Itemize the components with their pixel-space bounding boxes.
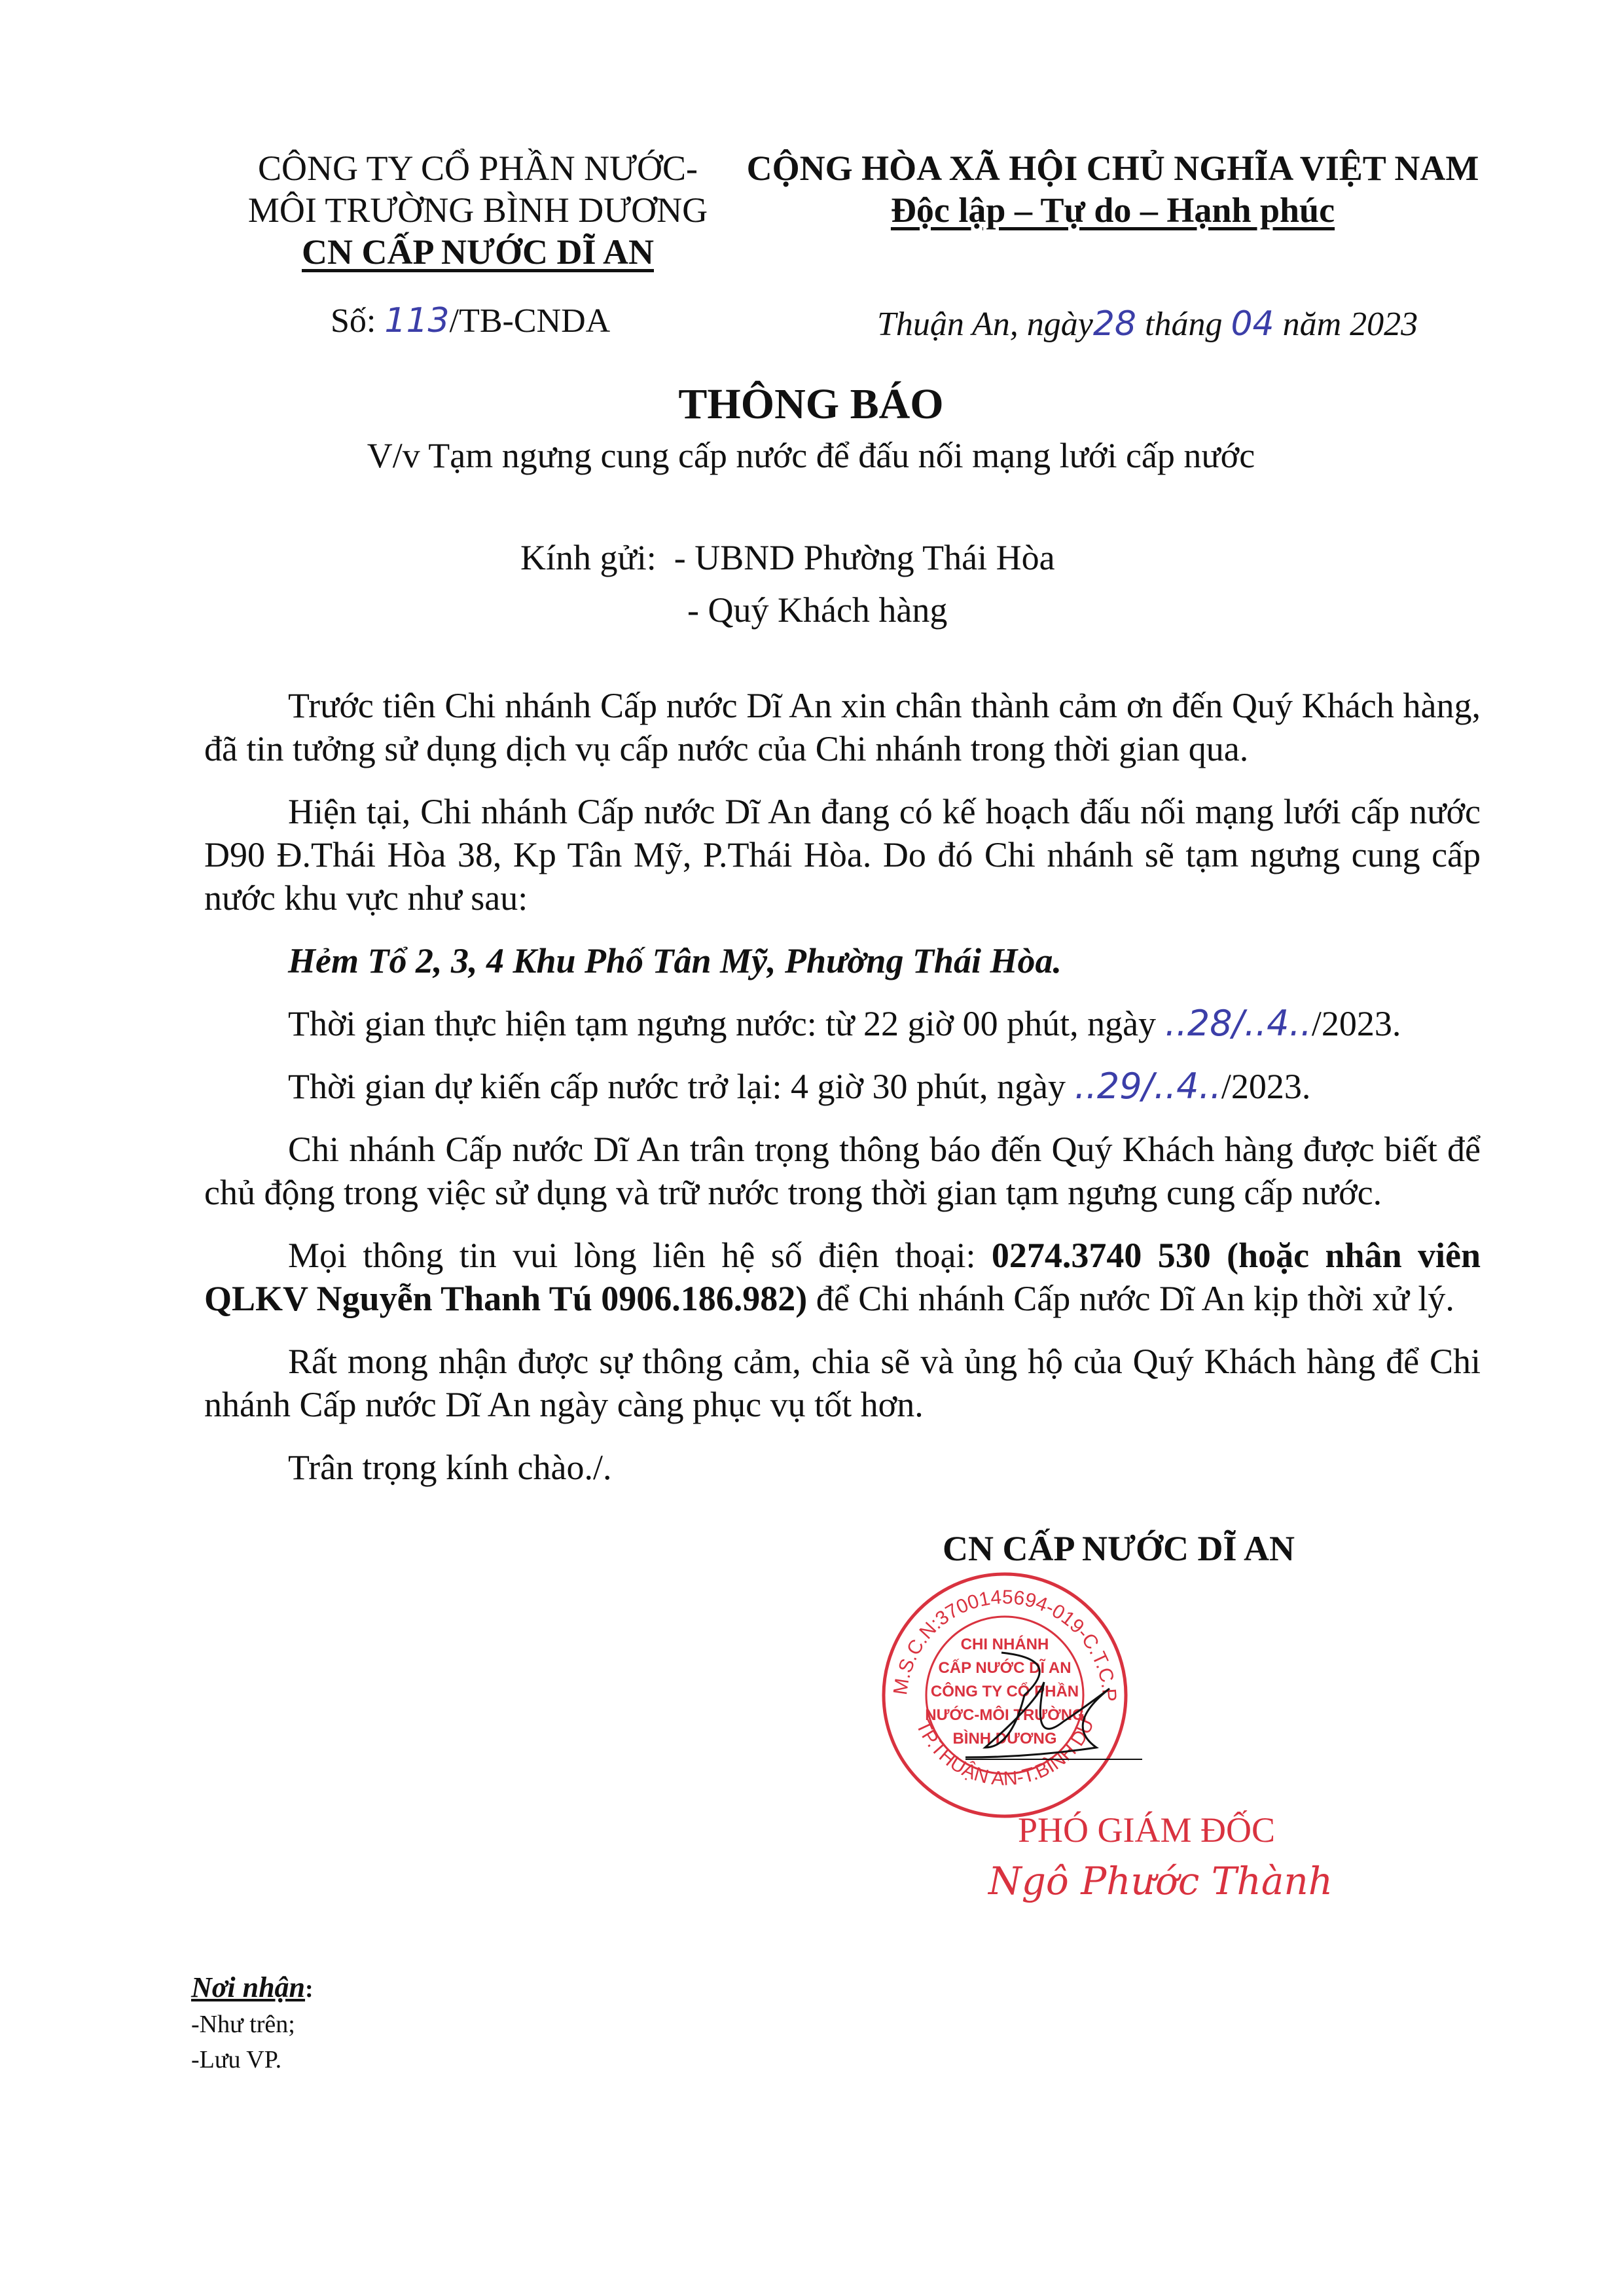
signer-name: Ngô Phước Thành [988, 1859, 1333, 1903]
org-line-2: MÔI TRƯỜNG BÌNH DƯƠNG [196, 189, 759, 231]
signing-organization: CN CẤP NƯỚC DĨ AN [943, 1528, 1295, 1569]
addressees: Kính gửi: - UBND Phường Thái Hòa - Quý K… [520, 531, 1055, 636]
svg-text:CẤP NƯỚC DĨ AN: CẤP NƯỚC DĨ AN [938, 1659, 1071, 1677]
svg-text:CHI NHÁNH: CHI NHÁNH [961, 1635, 1049, 1653]
document-subject: V/v Tạm ngưng cung cấp nước để đấu nối m… [0, 435, 1622, 476]
affected-area: Hẻm Tổ 2, 3, 4 Khu Phố Tân Mỹ, Phường Th… [204, 939, 1481, 982]
svg-text:NƯỚC-MÔI TRƯỜNG: NƯỚC-MÔI TRƯỜNG [925, 1706, 1084, 1724]
org-line-1: CÔNG TY CỔ PHẦN NƯỚC- [196, 147, 759, 189]
addressee-item: - Quý Khách hàng [687, 590, 947, 630]
closing: Trân trọng kính chào./. [204, 1446, 1481, 1489]
paragraph-notice: Chi nhánh Cấp nước Dĩ An trân trọng thôn… [204, 1128, 1481, 1214]
addressee-label: Kính gửi: [520, 538, 657, 577]
paragraph-contact: Mọi thông tin vui lòng liên hệ số điện t… [204, 1234, 1481, 1320]
addressee-item: - UBND Phường Thái Hòa [674, 538, 1055, 577]
handwritten-month: 04 [1231, 304, 1274, 344]
issuing-organization: CÔNG TY CỔ PHẦN NƯỚC- MÔI TRƯỜNG BÌNH DƯ… [196, 147, 759, 273]
handwritten-day: 28 [1093, 304, 1136, 344]
distribution-list: Nơi nhận: -Như trên; -Lưu VP. [191, 1970, 314, 2077]
document-body: Trước tiên Chi nhánh Cấp nước Dĩ An xin … [204, 684, 1481, 1509]
org-branch: CN CẤP NƯỚC DĨ AN [302, 232, 654, 272]
distribution-heading: Nơi nhận [191, 1971, 305, 2003]
issue-date: Thuận An, ngày28 tháng 04 năm 2023 [877, 304, 1418, 344]
distribution-item: -Lưu VP. [191, 2042, 314, 2077]
resume-time: Thời gian dự kiến cấp nước trở lại: 4 gi… [204, 1065, 1481, 1108]
paragraph-appreciation: Rất mong nhận được sự thông cảm, chia sẽ… [204, 1340, 1481, 1426]
nation-title: CỘNG HÒA XÃ HỘI CHỦ NGHĨA VIỆT NAM [727, 147, 1499, 189]
national-header: CỘNG HÒA XÃ HỘI CHỦ NGHĨA VIỆT NAM Độc l… [727, 147, 1499, 231]
stop-time: Thời gian thực hiện tạm ngưng nước: từ 2… [204, 1002, 1481, 1045]
document-title: THÔNG BÁO [0, 380, 1622, 429]
national-motto: Độc lập – Tự do – Hạnh phúc [891, 190, 1335, 230]
red-seal-stamp-icon: M.S.C.N:3700145694-019-C.T.C.P TP.THUẬN … [867, 1551, 1142, 1826]
svg-text:CÔNG TY CỔ PHẦN: CÔNG TY CỔ PHẦN [931, 1682, 1079, 1700]
paragraph-plan: Hiện tại, Chi nhánh Cấp nước Dĩ An đang … [204, 790, 1481, 920]
handwritten-number: 113 [384, 301, 449, 340]
distribution-item: -Như trên; [191, 2007, 314, 2042]
signer-title: PHÓ GIÁM ĐỐC [1018, 1810, 1275, 1850]
paragraph-thanks: Trước tiên Chi nhánh Cấp nước Dĩ An xin … [204, 684, 1481, 770]
reference-number: Số: 113/TB-CNDA [331, 301, 610, 340]
